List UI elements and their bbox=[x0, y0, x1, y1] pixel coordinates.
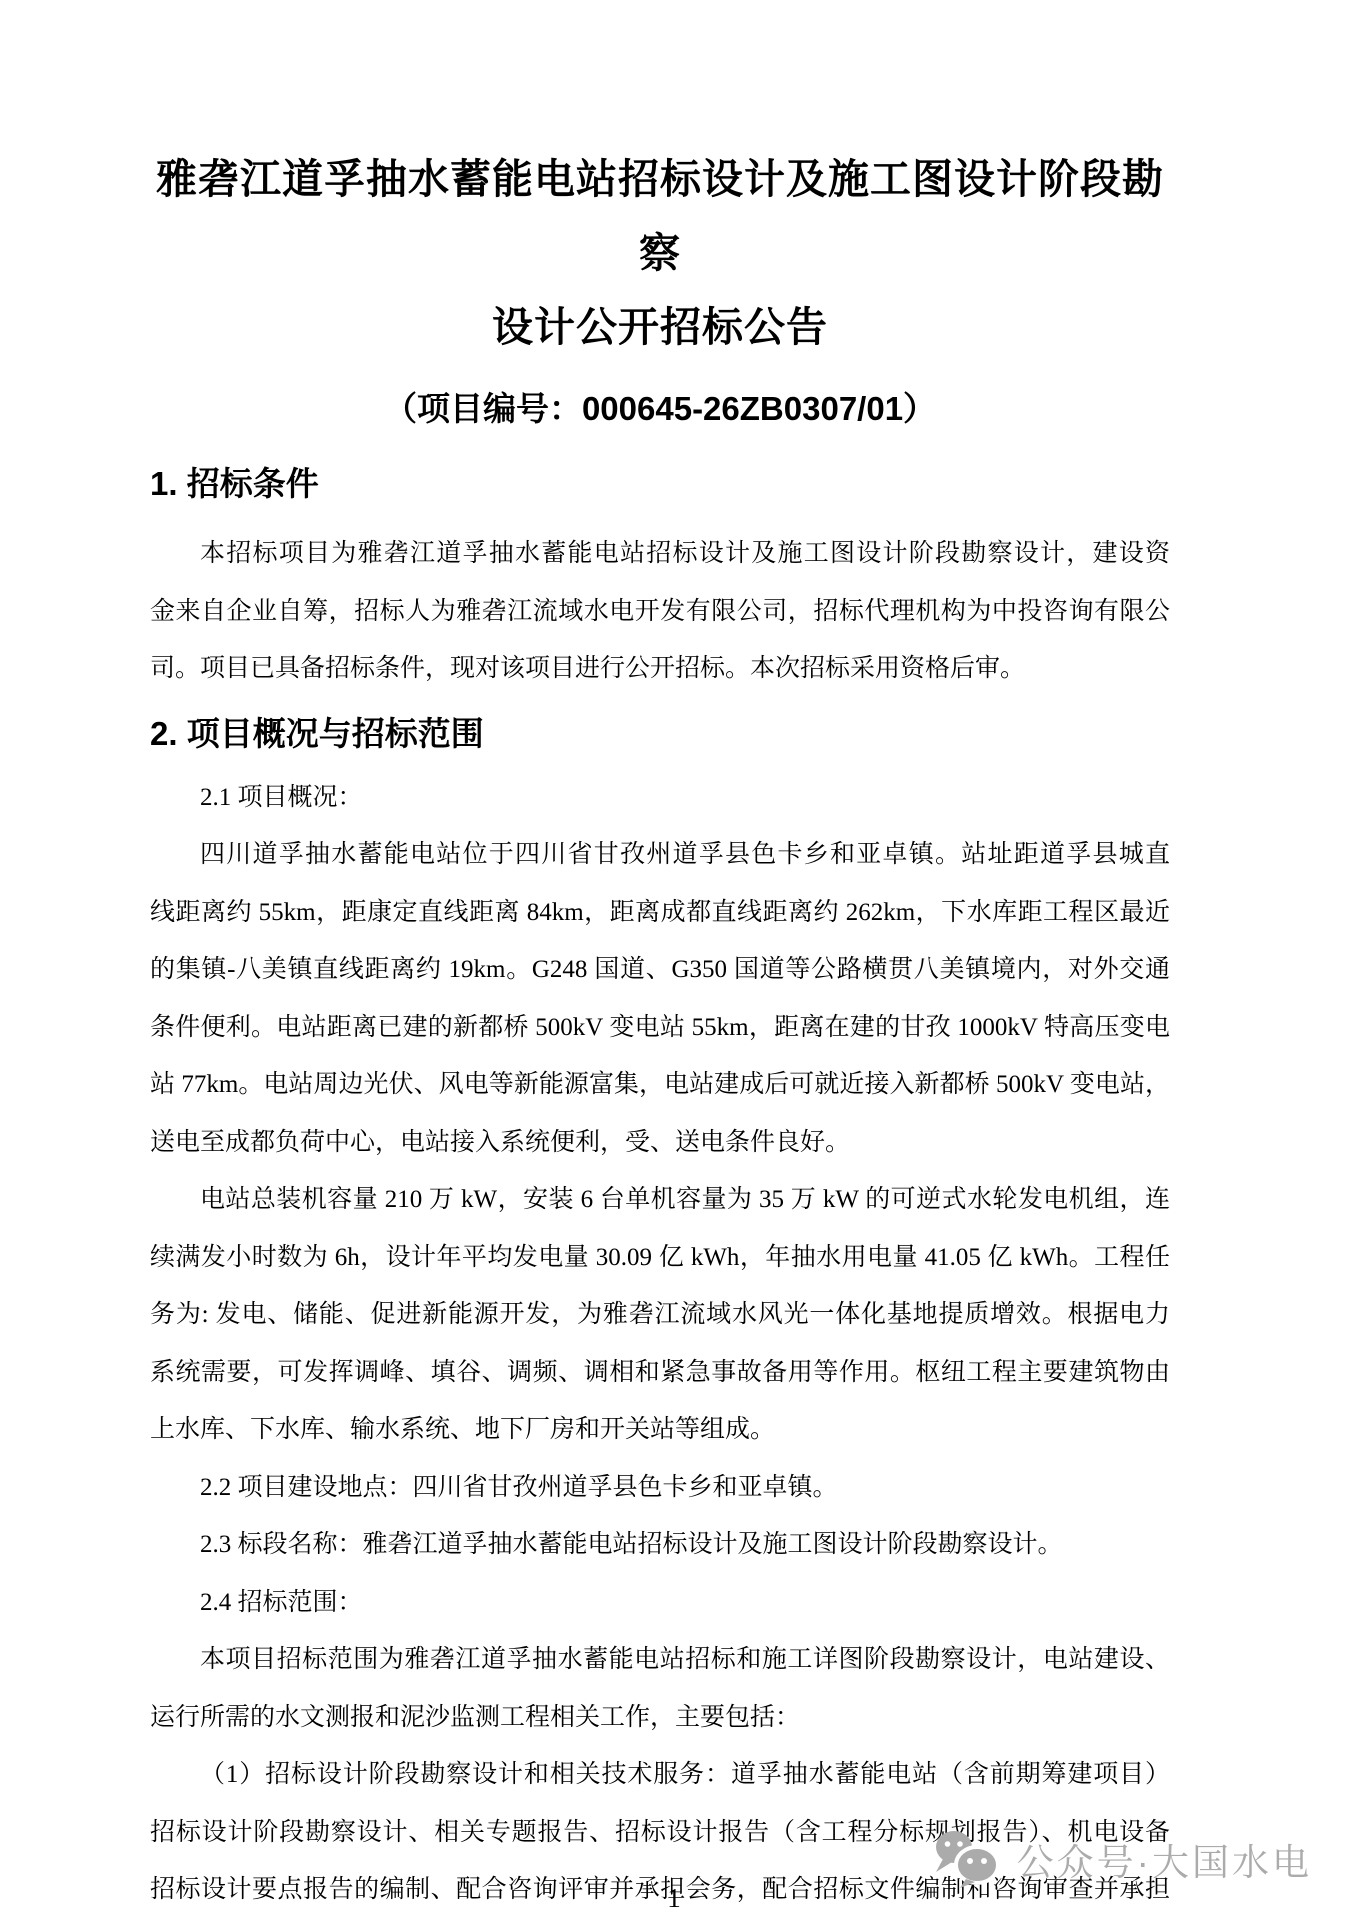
project-number: （项目编号：000645-26ZB0307/01） bbox=[150, 372, 1170, 446]
paragraph-line: 2.1 项目概况： bbox=[150, 769, 1170, 827]
paragraph-line: 电站总装机容量 210 万 kW，安装 6 台单机容量为 35 万 kW 的可逆… bbox=[150, 1171, 1170, 1229]
paragraph-line: 续满发小时数为 6h，设计年平均发电量 30.09 亿 kWh，年抽水用电量 4… bbox=[150, 1229, 1170, 1287]
document-page: 雅砻江道孚抽水蓄能电站招标设计及施工图设计阶段勘察 设计公开招标公告 （项目编号… bbox=[0, 0, 1348, 1916]
section-1-heading: 1. 招标条件 bbox=[150, 462, 1170, 506]
paragraph-line: 条件便利。电站距离已建的新都桥 500kV 变电站 55km，距离在建的甘孜 1… bbox=[150, 999, 1170, 1057]
paragraph-line: 2.3 标段名称：雅砻江道孚抽水蓄能电站招标设计及施工图设计阶段勘察设计。 bbox=[150, 1516, 1170, 1574]
page-number: 1 bbox=[0, 1883, 1348, 1914]
paragraph-line: 四川道孚抽水蓄能电站位于四川省甘孜州道孚县色卡乡和亚卓镇。站址距道孚县城直 bbox=[150, 826, 1170, 884]
paragraph-line: 金来自企业自筹，招标人为雅砻江流域水电开发有限公司，招标代理机构为中投咨询有限公 bbox=[150, 583, 1170, 641]
paragraph-line: 务为: 发电、储能、促进新能源开发，为雅砻江流域水风光一体化基地提质增效。根据电… bbox=[150, 1286, 1170, 1344]
title-line-1: 雅砻江道孚抽水蓄能电站招标设计及施工图设计阶段勘察 bbox=[150, 142, 1170, 290]
title-line-2: 设计公开招标公告 bbox=[150, 290, 1170, 364]
wechat-icon bbox=[929, 1828, 1005, 1890]
paragraph-line: 本招标项目为雅砻江道孚抽水蓄能电站招标设计及施工图设计阶段勘察设计，建设资 bbox=[150, 525, 1170, 583]
section-2-heading: 2. 项目概况与招标范围 bbox=[150, 712, 1170, 756]
paragraph-line: 司。项目已具备招标条件，现对该项目进行公开招标。本次招标采用资格后审。 bbox=[150, 640, 1170, 698]
paragraph-line: 系统需要，可发挥调峰、填谷、调频、调相和紧急事故备用等作用。枢纽工程主要建筑物由 bbox=[150, 1344, 1170, 1402]
paragraph-line: 上水库、下水库、输水系统、地下厂房和开关站等组成。 bbox=[150, 1401, 1170, 1459]
paragraph-line: 线距离约 55km，距康定直线距离 84km，距离成都直线距离约 262km，下… bbox=[150, 884, 1170, 942]
paragraph-line: 站 77km。电站周边光伏、风电等新能源富集，电站建成后可就近接入新都桥 500… bbox=[150, 1056, 1170, 1114]
paragraph-line: 本项目招标范围为雅砻江道孚抽水蓄能电站招标和施工详图阶段勘察设计，电站建设、 bbox=[150, 1631, 1170, 1689]
paragraph-line: 运行所需的水文测报和泥沙监测工程相关工作，主要包括： bbox=[150, 1689, 1170, 1747]
paragraph-line: 2.2 项目建设地点：四川省甘孜州道孚县色卡乡和亚卓镇。 bbox=[150, 1459, 1170, 1517]
document-title: 雅砻江道孚抽水蓄能电站招标设计及施工图设计阶段勘察 设计公开招标公告 bbox=[150, 142, 1170, 364]
watermark: 公众号·大国水电 bbox=[929, 1828, 1312, 1890]
paragraph-line: 送电至成都负荷中心，电站接入系统便利，受、送电条件良好。 bbox=[150, 1114, 1170, 1172]
paragraph-line: （1）招标设计阶段勘察设计和相关技术服务：道孚抽水蓄能电站（含前期筹建项目） bbox=[150, 1746, 1170, 1804]
watermark-label: 公众号·大国水电 bbox=[1017, 1832, 1312, 1886]
paragraph-line: 2.4 招标范围： bbox=[150, 1574, 1170, 1632]
paragraph-line: 的集镇-八美镇直线距离约 19km。G248 国道、G350 国道等公路横贯八美… bbox=[150, 941, 1170, 999]
